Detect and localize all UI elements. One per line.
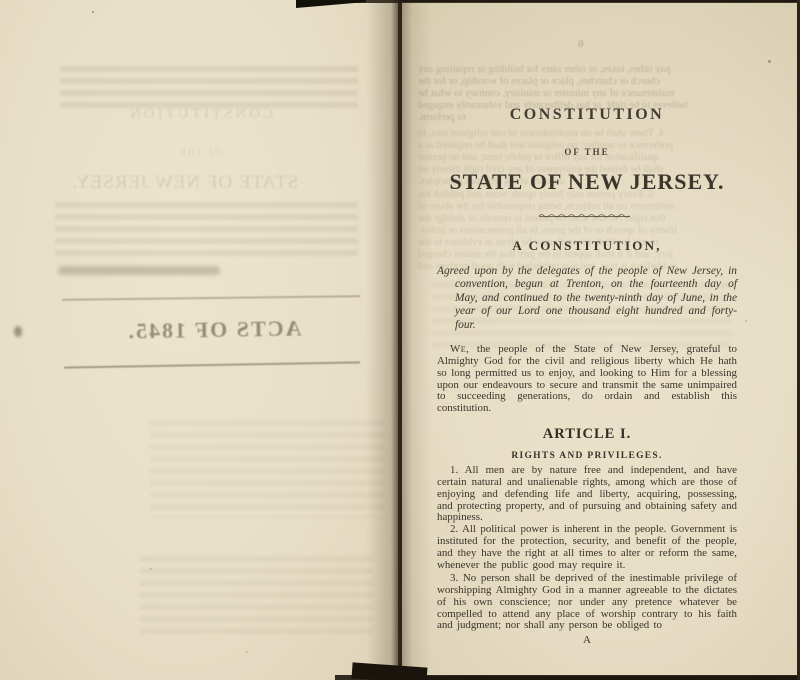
heading-article-1: ARTICLE I. (437, 426, 737, 443)
paper-speck (150, 568, 152, 570)
we-small-caps: We (450, 343, 466, 355)
ghost-title-constitution: CONSTITUTION (50, 106, 350, 123)
left-page-blank: CONSTITUTION OF THE STATE OF NEW JERSEY.… (0, 0, 398, 680)
photo-dark-edge-top (340, 0, 800, 3)
paper-speck (246, 651, 248, 653)
paragraph-section-2: 2. All political power is inherent in th… (437, 524, 737, 571)
decorative-squiggle-rule (537, 212, 632, 220)
book-scan-photo: CONSTITUTION OF THE STATE OF NEW JERSEY.… (0, 0, 800, 680)
page-title-constitution: CONSTITUTION (437, 106, 737, 124)
ghost-title-of-the: OF THE (50, 147, 350, 157)
paper-speck (745, 320, 747, 322)
heading-rights-and-privileges: RIGHTS AND PRIVILEGES. (437, 451, 737, 461)
paper-speck (768, 60, 771, 63)
heading-a-constitution: A CONSTITUTION, (437, 238, 737, 254)
page-title-state-of-new-jersey: STATE OF NEW JERSEY. (437, 169, 737, 195)
ghost-rule-upper (62, 295, 360, 301)
signature-mark: A (437, 634, 737, 646)
ghost-text-bar-group-mid (55, 202, 358, 260)
paragraph-we-the-people-text: , the people of the State of New Jersey,… (437, 343, 737, 414)
constitution-page-content: CONSTITUTION OF THE STATE OF NEW JERSEY.… (437, 2, 737, 676)
paragraph-section-1: 1. All men are by nature free and indepe… (437, 465, 737, 524)
ghost-acts-of-1845-title: ACTS OF 1845. (110, 315, 318, 345)
ghost-title-state-of-new-jersey: STATE OF NEW JERSEY. (25, 172, 345, 194)
paragraph-section-3: 3. No person shall be deprived of the in… (437, 573, 737, 632)
ghost-heavy-line (58, 266, 220, 275)
ghost-rule-lower (64, 361, 360, 368)
paragraph-we-the-people: We, the people of the State of New Jerse… (437, 344, 737, 415)
ghost-text-bar-group-lower (150, 420, 385, 518)
page-title-of-the: OF THE (437, 147, 737, 157)
ghost-text-bar-group-bottom (140, 556, 372, 638)
preamble-agreed-upon: Agreed upon by the delegates of the peop… (437, 265, 737, 332)
right-page: 6 pay tithes, taxes, or other rates for … (402, 2, 797, 676)
paper-speck (92, 11, 94, 13)
paper-smudge (14, 326, 22, 337)
